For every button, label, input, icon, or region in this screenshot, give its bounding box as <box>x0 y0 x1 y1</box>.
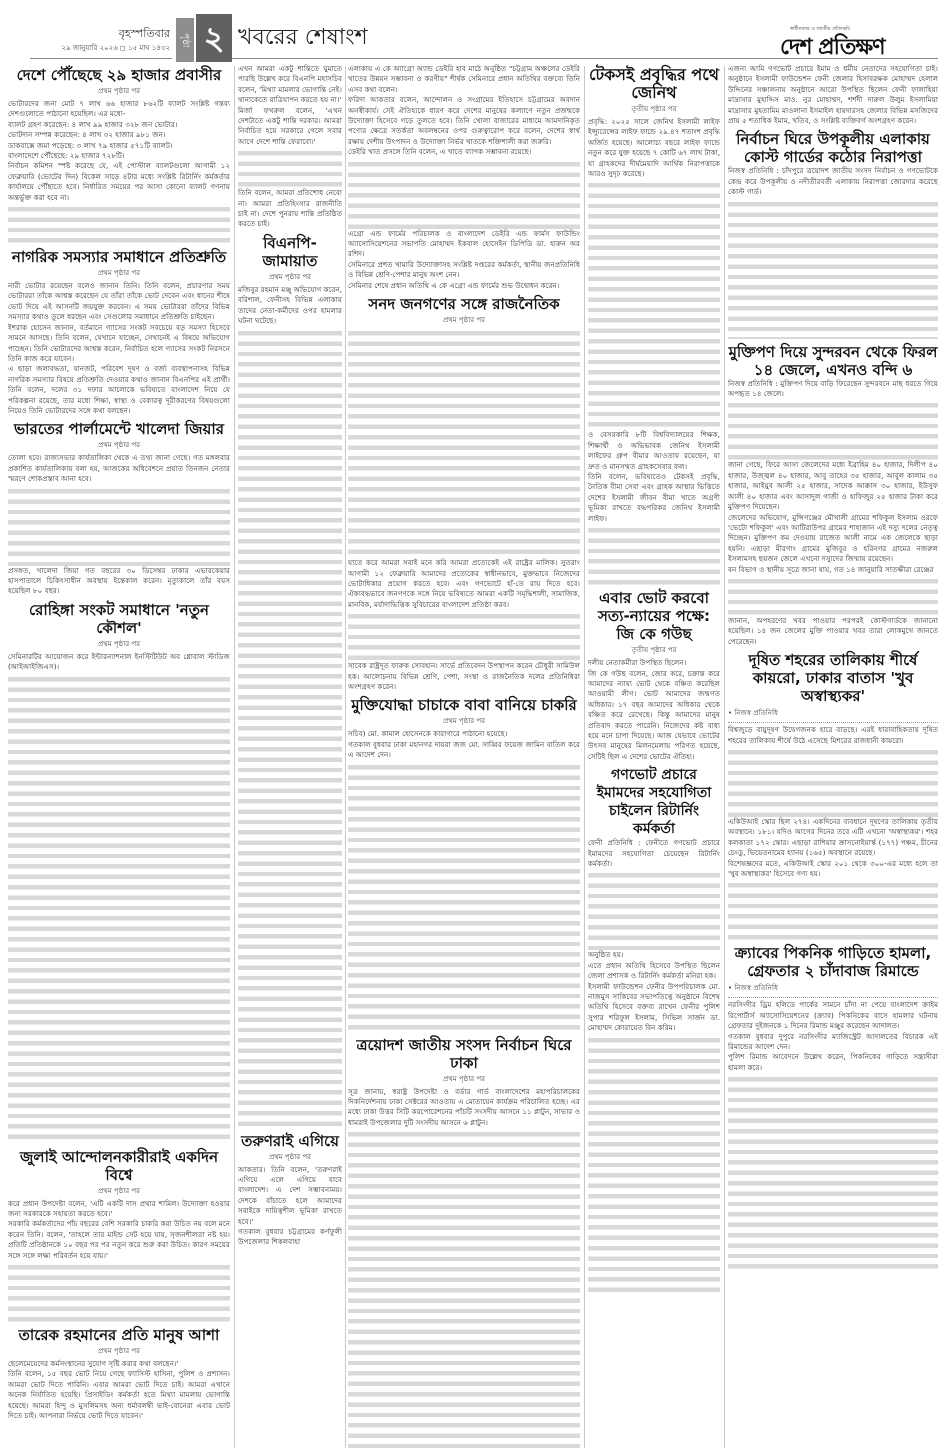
byline: • নিজস্ব প্রতিনিধি <box>728 982 938 998</box>
paragraph: ইশরাক হোসেন জানান, বর্তমানে গ্যাসের সংকট… <box>8 323 230 365</box>
text-lines <box>8 674 230 1144</box>
text-lines <box>728 400 938 460</box>
paragraph: ব্যালট গ্রহণ করেছেন: ৪ লাখ ৯৯ হাজার ৩২৮ … <box>8 120 230 130</box>
paragraph: এখন আমরা একটু শান্তিতে ঘুমাতে পারছি উল্ল… <box>238 64 342 106</box>
paragraph: ডাকবাক্সে জমা পড়েছে: ৩ লাখ ৭৯ হাজার ৫৭১… <box>8 141 230 151</box>
text-lines <box>728 576 938 616</box>
paragraph: এ ছাড়া জলাবদ্ধতা, যানজট, পরিবেশ দূষণ ও … <box>8 364 230 416</box>
jump-line: তৃতীয় পৃষ্ঠার পর <box>588 103 720 115</box>
text-lines <box>8 486 230 566</box>
text-lines <box>238 328 342 1128</box>
paragraph: ভোটদান সম্পন্ন করেছেন: ৪ লাখ ৩২ হাজার ৯৮… <box>8 130 230 140</box>
text-lines <box>8 204 230 244</box>
paragraph: আকতার। তিনি বলেন, 'তরুণরাই এগিয়ে এলে এগ… <box>238 1165 342 1227</box>
article-bnp-secretary: এখন আমরা একটু শান্তিতে ঘুমাতে পারছি উল্ল… <box>238 64 342 230</box>
text-lines <box>588 525 720 585</box>
text-lines <box>728 747 938 817</box>
column-4: টেকসই প্রবৃদ্ধির পথে জেনিথ তৃতীয় পৃষ্ঠা… <box>588 64 720 1448</box>
paragraph: ডেইরি খাত প্রসঙ্গে তিনি বলেন, এ খাতে ব্য… <box>348 147 580 157</box>
headline: টেকসই প্রবৃদ্ধির পথে জেনিথ <box>588 66 720 102</box>
headline: গণভোট প্রচারে ইমামদের সহযোগিতা চাইলেন রি… <box>588 766 720 838</box>
page-label: পৃষ্ঠা <box>176 18 194 62</box>
paragraph: গতকাল বুধবার দুপুরে নরসিংদীর ম্যাজিস্ট্র… <box>728 1032 938 1053</box>
headline: দূষিত শহরের তালিকায় শীর্ষে কায়রো, ঢাকা… <box>728 651 938 705</box>
article-imam-cont: এজন্য আমি গণভোট প্রচারে ইমাম ও ধর্মীয় ন… <box>728 64 938 126</box>
jump-line: প্রথম পৃষ্ঠার পর <box>348 715 580 727</box>
article-zenith-growth: টেকসই প্রবৃদ্ধির পথে জেনিথ তৃতীয় পৃষ্ঠা… <box>588 66 720 585</box>
jump-line: প্রথম পৃষ্ঠার পর <box>8 1345 230 1357</box>
article-coast-guard: নির্বাচন ঘিরে উপকূলীয় এলাকায় কোস্ট গার… <box>728 130 938 338</box>
text-lines <box>728 880 938 940</box>
paragraph: জেলেদের অভিযোগ, মুন্সিগঞ্জের মৌখালী গ্রা… <box>728 513 938 565</box>
article-election-dhaka: ত্রয়োদশ জাতীয় সংসদ নির্বাচন ঘিরে ঢাকা … <box>348 1036 580 1448</box>
paragraph: এতে প্রধান অতিথি হিসেবে উপস্থিত ছিলেন জে… <box>588 961 720 982</box>
article-sundarbans-fishermen: মুক্তিপণ দিয়ে সুন্দরবন থেকে ফিরল ১৪ জেল… <box>728 343 938 648</box>
column-5: এজন্য আমি গণভোট প্রচারে ইমাম ও ধর্মীয় ন… <box>728 64 938 1448</box>
jump-line: প্রথম পৃষ্ঠার পর <box>238 271 342 283</box>
column-3: এলাকায় এ কে অ্যাগ্রো অ্যান্ড ডেইরি হাব … <box>348 64 580 1448</box>
paragraph: জানান, অপহরণের খবর পাওয়ার পরপরই কোস্টগা… <box>728 616 938 647</box>
headline: তরুণরাই এগিয়ে <box>238 1132 342 1150</box>
headline: ভারতের পার্লামেন্টে খালেদা জিয়ার <box>8 420 230 438</box>
headline: এবার ভোট করবো সত্য-ন্যায়ের পক্ষে: জি কে… <box>588 589 720 643</box>
paragraph: তিনি বলেন, ভবিষ্যতেও টেকসই প্রবৃদ্ধি, নৈ… <box>588 472 720 524</box>
text-lines <box>728 199 938 339</box>
text-lines <box>348 159 580 229</box>
masthead: বৃহস্পতিবার ২৯ জানুয়ারি ২০২৬ ◻ ১৫ মাঘ ১… <box>0 0 945 62</box>
paragraph: অনুষ্ঠিত হয়। <box>588 950 720 960</box>
section-title: খবরের শেষাংশ <box>238 20 368 57</box>
text-lines <box>728 1074 938 1274</box>
masthead-rule <box>30 58 172 59</box>
column-2: এখন আমরা একটু শান্তিতে ঘুমাতে পারছি উল্ল… <box>238 64 342 1448</box>
paragraph: নিজস্ব প্রতিনিধি : মুক্তিপণ দিয়ে বাড়ি … <box>728 379 938 400</box>
paragraph: জানা গেছে, ফিরে আসা জেলেদের মধ্যে ইব্রাহ… <box>728 460 938 512</box>
paragraph: দলীয় নেতাকর্মীরা উপস্থিত ছিলেন। <box>588 658 720 668</box>
article-indian-parliament: ভারতের পার্লামেন্টে খালেদা জিয়ার প্রথম … <box>8 420 230 596</box>
paragraph: করে প্রধান উপদেষ্টা বলেন, 'এটি একটি দাস … <box>8 1199 230 1220</box>
article-imam-referendum: গণভোট প্রচারে ইমামদের সহযোগিতা চাইলেন রি… <box>588 766 720 1294</box>
paragraph: বিশেষজ্ঞদের মতে, একিউআই স্কোর ২০১ থেকে ৩… <box>728 859 938 880</box>
paragraph: সেমিনার শেষে প্রধান অতিথি এ কে এগ্রো এন্… <box>348 281 580 291</box>
article-youth-forward: তরুণরাই এগিয়ে প্রথম পৃষ্ঠার পর আকতার। ত… <box>238 1132 342 1248</box>
jump-line: প্রথম পৃষ্ঠার পর <box>8 267 230 279</box>
paragraph: এগ্রো এন্ড ফার্মের পরিচালক ও বাংলাদেশ ডে… <box>348 229 580 260</box>
article-civic-problems: নাগরিক সমস্যার সমাধানে প্রতিশ্রুতি প্রথম… <box>8 248 230 416</box>
newspaper-logo: দেশ প্রতিক্ষণ <box>780 30 885 67</box>
article-dairy-seminar: এলাকায় এ কে অ্যাগ্রো অ্যান্ড ডেইরি হাব … <box>348 64 580 291</box>
jump-line: প্রথম পৃষ্ঠার পর <box>238 1151 342 1163</box>
paragraph: মজিবুর রহমান মঞ্জু অভিযোগ করেন, বরিশাল, … <box>238 285 342 327</box>
headline: নাগরিক সমস্যার সমাধানে প্রতিশ্রুতি <box>8 248 230 266</box>
paragraph: সেমিনারটির আয়োজন করে ইন্টারন্যাশনাল ইনস… <box>8 652 230 673</box>
text-lines <box>348 762 580 1032</box>
text-lines <box>588 870 720 950</box>
column-divider <box>724 66 725 1448</box>
headline: মুক্তিপণ দিয়ে সুন্দরবন থেকে ফিরল ১৪ জেল… <box>728 343 938 379</box>
paragraph: ছেলেমেয়েদের কর্মসংস্থানের সুযোগ সৃষ্টি … <box>8 1359 230 1369</box>
headline: সনদ জনগণের সঙ্গে রাজনৈতিক <box>348 295 580 313</box>
paragraph: তিনি বলেন, আমরা প্রতিশোধ নেবো না। আমরা প… <box>238 188 342 230</box>
paragraph: গতকাল বুধবার চট্টগ্রামের কর্ণফুলী উপজেলা… <box>238 1227 342 1248</box>
paragraph: সরকারি কর্মকর্তাদের পাঁচ বছরের বেশি সরকা… <box>8 1219 230 1261</box>
paragraph: এলাকায় এ কে অ্যাগ্রো অ্যান্ড ডেইরি হাব … <box>348 64 580 95</box>
paragraph: নিজস্ব প্রতিনিধি : চাঁদপুরে ত্রয়োদশ জাত… <box>728 166 938 197</box>
paragraph: বাংলাদেশে পৌঁছেছে: ২৯ হাজার ৭২৮টি। <box>8 151 230 161</box>
paragraph: যাতে করে আমরা সবাই মনে করি আমরা প্রত্যেক… <box>348 558 580 610</box>
paragraph: একিউআই স্কোর ছিল ২৭৪। একদিনের ব্যবধানে দ… <box>728 817 938 859</box>
jump-line: প্রথম পৃষ্ঠার পর <box>8 85 230 97</box>
paragraph: ফেনী প্রতিনিধি : ফেনীতে গণভোট প্রচারে ইম… <box>588 838 720 869</box>
paragraph: গতকাল বুধবার ঢাকা মহানগর দায়রা জজ মো. স… <box>348 740 580 761</box>
page-number: ২ <box>196 14 232 62</box>
paragraph: সচিব) মো. কামাল হোসেনকে কারাগারে পাঠানো … <box>348 729 580 739</box>
paragraph: নরসিংদীর ড্রিম হলিডে পার্কের সামনে চাঁদা… <box>728 1000 938 1031</box>
jump-line: প্রথম পৃষ্ঠার পর <box>348 1073 580 1085</box>
article-charter-political: সনদ জনগণের সঙ্গে রাজনৈতিক প্রথম পৃষ্ঠার … <box>348 295 580 692</box>
column-divider <box>584 66 585 1448</box>
headline: ত্রয়োদশ জাতীয় সংসদ নির্বাচন ঘিরে ঢাকা <box>348 1036 580 1072</box>
paragraph: তোলা হবে। রাজ্যসভার কার্যতালিকা থেকে এ ত… <box>8 453 230 484</box>
column-1: দেশে পৌঁছেছে ২৯ হাজার প্রবাসীর প্রথম পৃষ… <box>8 64 230 1448</box>
text-lines <box>348 328 580 558</box>
jump-line: প্রথম পৃষ্ঠার পর <box>8 638 230 650</box>
text-lines <box>348 1129 580 1448</box>
column-divider <box>345 66 346 1448</box>
headline: ক্র্যাবের পিকনিক গাড়িতে হামলা, গ্রেফতার… <box>728 944 938 980</box>
column-divider <box>234 66 235 1448</box>
paragraph: বন বিভাগ ও স্থানীয় সূত্রে জানা যায়, গত… <box>728 565 938 575</box>
paragraph: সেমিনারে প্রশত খামারি উদ্যোক্তাসহ সংশ্লি… <box>348 260 580 281</box>
text-lines <box>588 1035 720 1295</box>
headline: মুক্তিযোদ্ধা চাচাকে বাবা বানিয়ে চাকরি <box>348 696 580 714</box>
byline: • নিজস্ব প্রতিনিধি <box>728 707 938 723</box>
jump-line: তৃতীয় পৃষ্ঠার পর <box>588 644 720 656</box>
text-lines <box>348 611 580 661</box>
jump-line: প্রথম পৃষ্ঠার পর <box>8 439 230 451</box>
paragraph: প্রবৃদ্ধি: ২০২৫ সালে জেনিথ ইসলামী লাইফ ই… <box>588 117 720 179</box>
text-lines <box>588 180 720 430</box>
headline: দেশে পৌঁছেছে ২৯ হাজার প্রবাসীর <box>8 66 230 84</box>
paragraph: নারী ভোটার রয়েছেন বলেও জানান তিনি। তিনি… <box>8 281 230 323</box>
article-rohingya: রোহিঙ্গা সংকট সমাধানে 'নতুন কৌশল' প্রথম … <box>8 601 230 1144</box>
article-bnp-jamaat: বিএনপি-জামায়াত প্রথম পৃষ্ঠার পর মজিবুর … <box>238 234 342 1128</box>
paragraph: সূত্র জানায়, স্বরাষ্ট্র উপদেষ্টা ও বর্ড… <box>348 1087 580 1129</box>
paragraph: মির্জা ফখরুল বলেন, 'এখন দেশটাতে একটু শান… <box>238 106 342 148</box>
article-gk-gouchh: এবার ভোট করবো সত্য-ন্যায়ের পক্ষে: জি কে… <box>588 589 720 762</box>
jump-line: প্রথম পৃষ্ঠার পর <box>348 314 580 326</box>
article-crab-picnic-attack: ক্র্যাবের পিকনিক গাড়িতে হামলা, গ্রেফতার… <box>728 944 938 1274</box>
paragraph: সাবেক রাষ্ট্রদূত ফারুক সোবহান। সার্ভে প্… <box>348 661 580 692</box>
text-lines <box>8 1262 230 1322</box>
issue-date: ২৯ জানুয়ারি ২০২৬ ◻ ১৫ মাঘ ১৪৩২ <box>20 42 170 54</box>
article-july-movement: জুলাই আন্দোলনকারীরাই একদিন বিশ্বে প্রথম … <box>8 1148 230 1322</box>
article-freedom-fighter-job: মুক্তিযোদ্ধা চাচাকে বাবা বানিয়ে চাকরি প… <box>348 696 580 1031</box>
headline: নির্বাচন ঘিরে উপকূলীয় এলাকায় কোস্ট গার… <box>728 130 938 166</box>
headline: রোহিঙ্গা সংকট সমাধানে 'নতুন কৌশল' <box>8 601 230 637</box>
jump-line: প্রথম পৃষ্ঠার পর <box>8 1185 230 1197</box>
paragraph: তিনি বলেন, ১৫ বছর ভোট নিয়ে গেছে ফ্যাসিস… <box>8 1369 230 1421</box>
article-tarique-rahman: তারেক রহমানের প্রতি মানুষ আশা প্রথম পৃষ্… <box>8 1326 230 1421</box>
article-probashi-ballots: দেশে পৌঁছেছে ২৯ হাজার প্রবাসীর প্রথম পৃষ… <box>8 66 230 244</box>
paragraph: ফরিদা আকতার বলেন, আন্দোলন ও সংগ্রামের ইত… <box>348 95 580 147</box>
paragraph: এজন্য আমি গণভোট প্রচারে ইমাম ও ধর্মীয় ন… <box>728 64 938 126</box>
paragraph: বিশ্বজুড়ে বায়ুদূষণ উদ্বেগজনক হারে বাড়… <box>728 725 938 746</box>
text-lines <box>238 148 342 188</box>
headline: বিএনপি-জামায়াত <box>238 234 342 270</box>
paragraph: পুলিশ রিমান্ড আবেদনে উল্লেখ করেন, পিকনিক… <box>728 1052 938 1073</box>
paragraph: ও বেসরকারি ৮টি বিশ্ববিদ্যালয়ের শিক্ষক, … <box>588 430 720 472</box>
article-air-pollution: দূষিত শহরের তালিকায় শীর্ষে কায়রো, ঢাকা… <box>728 651 938 940</box>
headline: জুলাই আন্দোলনকারীরাই একদিন বিশ্বে <box>8 1148 230 1184</box>
paragraph: প্রসঙ্গত, খালেদা জিয়া গত বছরের ৩০ ডিসেম… <box>8 566 230 597</box>
paragraph: ইসলামী ফাউন্ডেশন ফেনীর উপপরিচালক মো. নাজ… <box>588 982 720 1034</box>
headline: তারেক রহমানের প্রতি মানুষ আশা <box>8 1326 230 1344</box>
paragraph: নির্বাচন কমিশন স্পষ্ট করেছে যে, এই পোস্ট… <box>8 161 230 203</box>
paragraph: জি কে গউছ বলেন, জোর করে, চক্রান্ত করে আম… <box>588 669 720 763</box>
paragraph: ভোটারদের জন্য মোট ৭ লাখ ৬৬ হাজার ৮৬২টি ব… <box>8 99 230 120</box>
